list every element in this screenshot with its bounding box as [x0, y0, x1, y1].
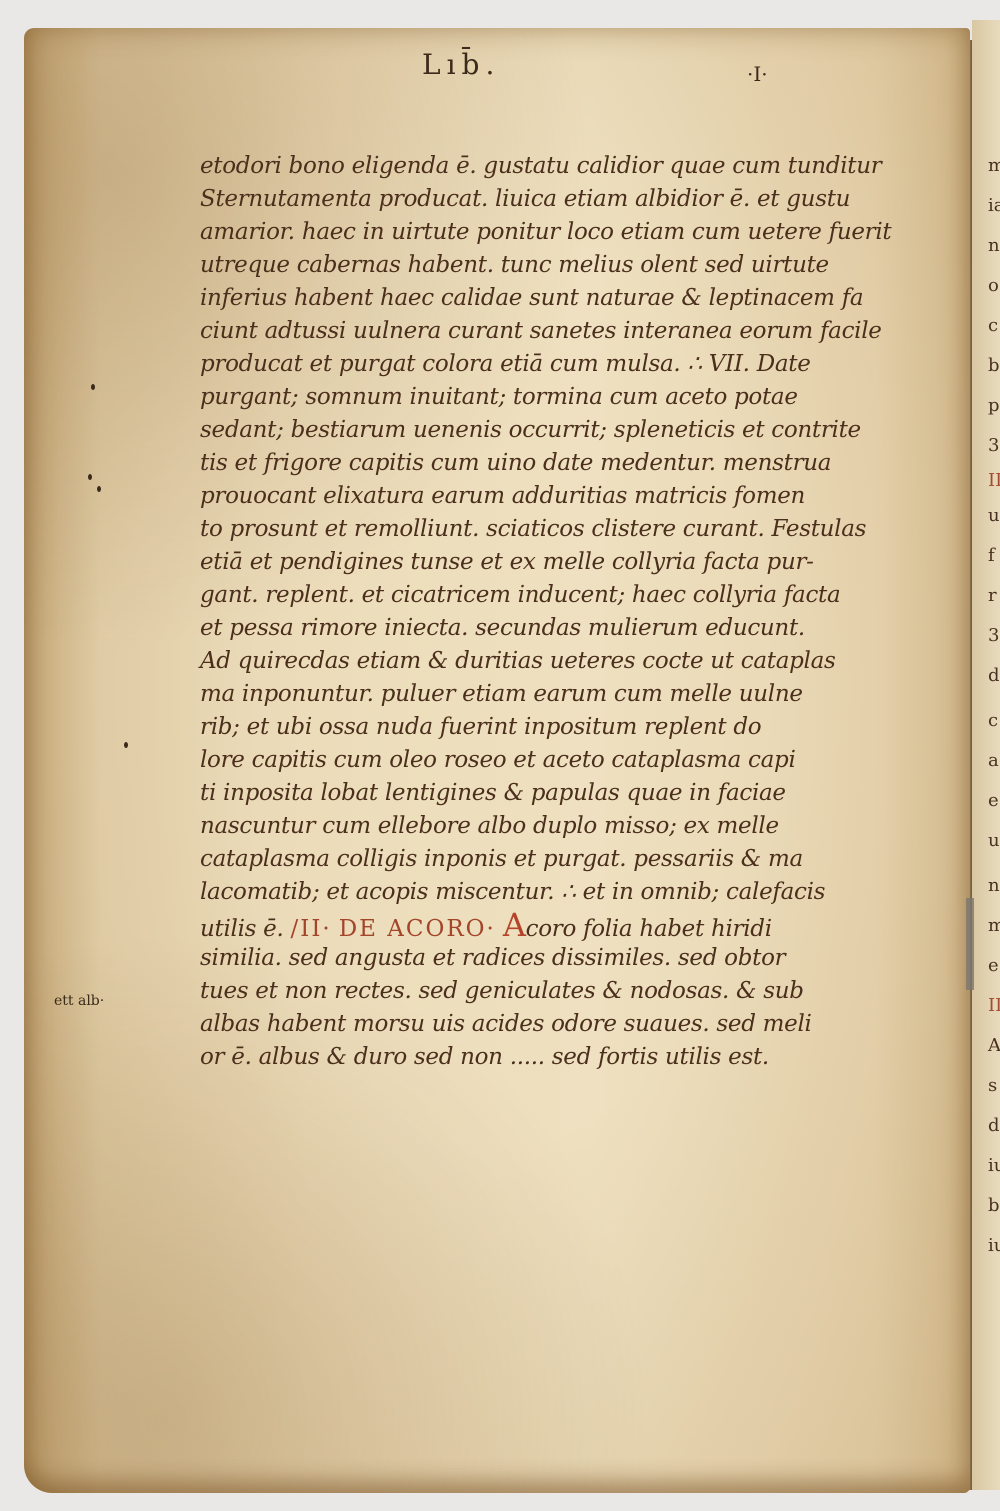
text-line: inferius habent haec calidae sunt natura… [200, 282, 945, 315]
facing-page-fragment: n [988, 875, 1000, 896]
running-head: Lıb̄. [422, 48, 500, 81]
chapter-first-line: coro folia habet hiridi [526, 916, 772, 942]
ink-spot [97, 486, 101, 492]
facing-page-fragment: m [988, 915, 1000, 936]
facing-page-fragment: n [988, 235, 1000, 256]
facing-page-fragment: p [988, 395, 1000, 416]
text-line: etodori bono eligenda ē. gustatu calidi… [200, 150, 945, 183]
facing-page-fragment: III [988, 995, 1000, 1016]
text-line: purgant; somnum inuitant; tormina cum ac… [200, 381, 945, 414]
facing-page-fragment: e [988, 790, 999, 811]
text-line: ciunt adtussi uulnera curant sanetes int… [200, 315, 945, 348]
text-line: albas habent morsu uis acides odore suau… [200, 1008, 945, 1041]
chapter-heading-line: utilis ē. /II· DE ACORO· Acoro folia ha… [200, 909, 945, 942]
text-line: to prosunt et remolliunt. sciaticos clis… [200, 513, 945, 546]
ink-spot [124, 742, 128, 748]
text-line: nascuntur cum ellebore albo duplo misso;… [200, 810, 945, 843]
facing-page-fragment: d [988, 665, 1000, 686]
text-line: lore capitis cum oleo roseo et aceto cat… [200, 744, 945, 777]
facing-page-fragment: o [988, 275, 999, 296]
facing-page-fragment: a [988, 750, 999, 771]
text-line: utreque cabernas habent. tunc melius ole… [200, 249, 945, 282]
decorated-initial: A [503, 906, 526, 944]
facing-page-fragment: r [988, 585, 997, 606]
text-line: prouocant elixatura earum adduritias mat… [200, 480, 945, 513]
text-line: producat et purgat colora etiā cum muls… [200, 348, 945, 381]
facing-page-fragment: e [988, 955, 999, 976]
folio-number: ·I· [747, 62, 768, 86]
chapter-title: DE ACORO· [339, 916, 496, 942]
facing-page-fragment: d [988, 1115, 1000, 1136]
facing-page-fragment: Al [988, 1035, 1000, 1056]
facing-page-fragment: iu [988, 1155, 1000, 1176]
text-line: et pessa rimore iniecta. secundas mulier… [200, 612, 945, 645]
ink-spot [88, 474, 92, 480]
text-line: cataplasma colligis inponis et purgat. p… [200, 843, 945, 876]
text-line: or ē. albus & duro sed non ..... sed fo… [200, 1041, 945, 1074]
text-line: sedant; bestiarum uenenis occurrit; sple… [200, 414, 945, 447]
facing-page-fragment: f [988, 545, 995, 566]
facing-page-fragment: b [988, 1195, 1000, 1216]
facing-page-edge: mianocbp3IIIufr3dcaeunmeIIIAlsdiubiu [972, 20, 1000, 1490]
text-line: tis et frigore capitis cum uino date med… [200, 447, 945, 480]
text-line: etiā et pendigines tunse et ex melle co… [200, 546, 945, 579]
facing-page-fragment: 3 [988, 625, 999, 646]
facing-page-fragment: m [988, 155, 1000, 176]
text-line: tues et non rectes. sed geniculates & no… [200, 975, 945, 1008]
facing-page-fragment: III [988, 470, 1000, 491]
text-line: Ad quirecdas etiam & duritias ueteres co… [200, 645, 945, 678]
margin-note: ett alb· [54, 993, 104, 1009]
facing-page-fragment: c [988, 710, 998, 731]
ink-spot [91, 384, 95, 390]
facing-page-fragment: s [988, 1075, 997, 1096]
text-line: amarior. haec in uirtute ponitur loco et… [200, 216, 945, 249]
chapter-number: /II· [290, 916, 331, 942]
text-line: ti inposita lobat lentigines & papulas q… [200, 777, 945, 810]
text-line: gant. replent. et cicatricem inducent; h… [200, 579, 945, 612]
main-text-block: etodori bono eligenda ē. gustatu calidi… [200, 150, 945, 1074]
facing-page-fragment: iu [988, 1235, 1000, 1256]
margin-bracket-mark [966, 898, 974, 990]
text-line-end: utilis ē. [200, 916, 283, 942]
facing-page-fragment: c [988, 315, 998, 336]
text-line: ma inponuntur. puluer etiam earum cum me… [200, 678, 945, 711]
facing-page-fragment: b [988, 355, 1000, 376]
text-line: lacomatib; et acopis miscentur. ∴ et in … [200, 876, 945, 909]
facing-page-fragment: ia [988, 195, 1000, 216]
facing-page-fragment: 3 [988, 435, 999, 456]
text-line: similia. sed angusta et radices dissimil… [200, 942, 945, 975]
facing-page-fragment: u [988, 830, 1000, 851]
text-line: rib; et ubi ossa nuda fuerint inpositum … [200, 711, 945, 744]
facing-page-fragment: u [988, 505, 1000, 526]
text-line: Sternutamenta producat. liuica etiam alb… [200, 183, 945, 216]
